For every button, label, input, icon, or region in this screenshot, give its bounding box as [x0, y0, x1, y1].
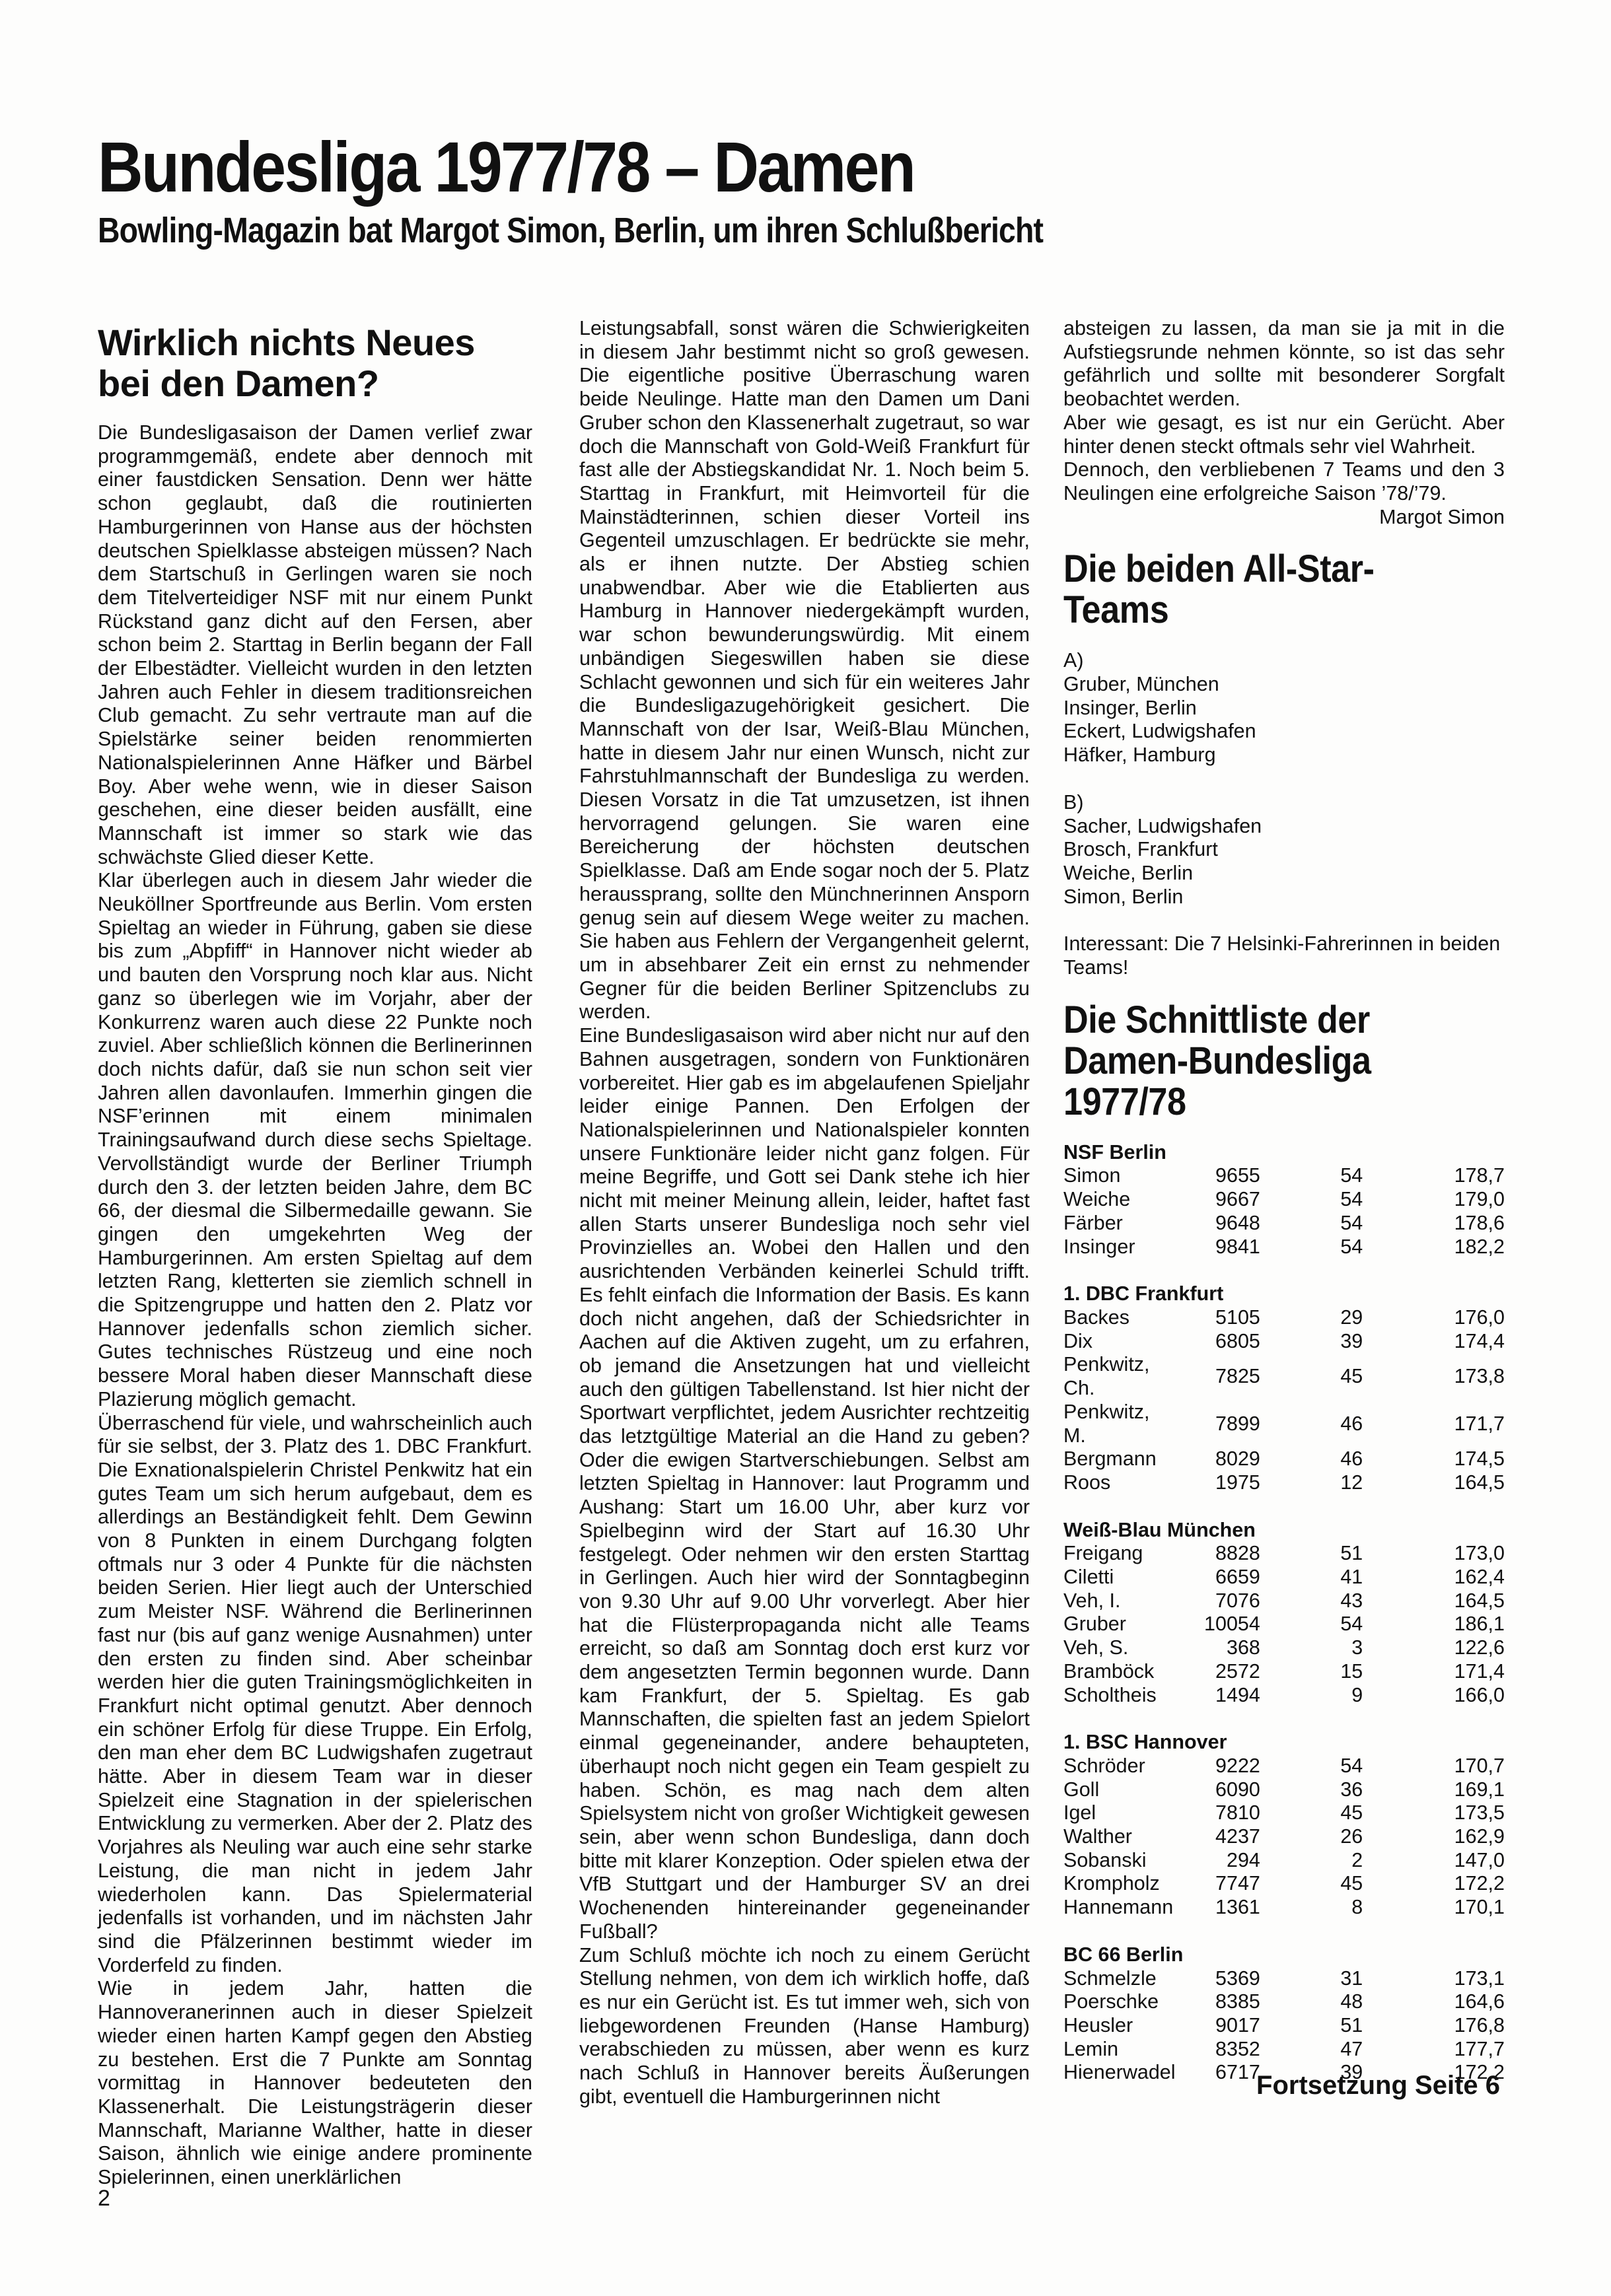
- player-name: Ciletti: [1063, 1566, 1176, 1589]
- player-name: Dix: [1063, 1330, 1176, 1354]
- player-name: Simon: [1063, 1164, 1176, 1188]
- player-row: Lemin835247177,7: [1063, 2038, 1505, 2062]
- allstar-teams: A) Gruber, München Insinger, Berlin Ecke…: [1063, 649, 1505, 979]
- player-pins: 7810: [1176, 1801, 1260, 1825]
- player-pins: 8029: [1176, 1447, 1260, 1471]
- article-paragraph: Eine Bundesligasaison wird aber nicht nu…: [579, 1024, 1030, 1943]
- player-pins: 9017: [1176, 2014, 1260, 2038]
- team-a-label: A): [1063, 649, 1505, 673]
- allstar-heading: Die beiden All-Star-Teams: [1063, 549, 1460, 631]
- player-games: 54: [1260, 1235, 1363, 1259]
- player-row: Freigang882851173,0: [1063, 1542, 1505, 1566]
- player-pins: 6805: [1176, 1330, 1260, 1354]
- club-header-row: BC 66 Berlin: [1063, 1943, 1505, 1967]
- player-name: Schmelzle: [1063, 1967, 1176, 1991]
- player-row: Insinger984154182,2: [1063, 1235, 1505, 1259]
- player-average: 178,7: [1363, 1164, 1505, 1188]
- player-games: 54: [1260, 1188, 1363, 1212]
- team-a-member: Insinger, Berlin: [1063, 697, 1505, 720]
- player-average: 164,5: [1363, 1471, 1505, 1495]
- player-pins: 6717: [1176, 2061, 1260, 2085]
- player-name: Poerschke: [1063, 1990, 1176, 2014]
- player-pins: 1975: [1176, 1471, 1260, 1495]
- player-average: 179,0: [1363, 1188, 1505, 1212]
- article-paragraph: Zum Schluß möchte ich noch zu einem Gerü…: [579, 1944, 1030, 2109]
- player-pins: 9655: [1176, 1164, 1260, 1188]
- player-pins: 8352: [1176, 2038, 1260, 2062]
- player-row: Bergmann802946174,5: [1063, 1447, 1505, 1471]
- player-pins: 5369: [1176, 1967, 1260, 1991]
- club-header-row: Weiß-Blau München: [1063, 1519, 1505, 1543]
- player-name: Gruber: [1063, 1613, 1176, 1636]
- team-b-member: Weiche, Berlin: [1063, 862, 1505, 886]
- player-name: Igel: [1063, 1801, 1176, 1825]
- player-pins: 9222: [1176, 1755, 1260, 1778]
- player-name: Heusler: [1063, 2014, 1176, 2038]
- magazine-page: Bundesliga 1977/78 – Damen Bowling-Magaz…: [0, 0, 1611, 2296]
- player-games: 54: [1260, 1613, 1363, 1636]
- player-average: 177,7: [1363, 2038, 1505, 2062]
- player-name: Färber: [1063, 1212, 1176, 1235]
- player-row: Gruber1005454186,1: [1063, 1613, 1505, 1636]
- page-number: 2: [98, 2186, 110, 2211]
- club-name: 1. DBC Frankfurt: [1063, 1282, 1505, 1306]
- player-average: 169,1: [1363, 1778, 1505, 1802]
- player-row: Igel781045173,5: [1063, 1801, 1505, 1825]
- player-games: 48: [1260, 1990, 1363, 2014]
- player-row: Krompholz774745172,2: [1063, 1872, 1505, 1896]
- player-games: 46: [1260, 1401, 1363, 1447]
- player-name: Roos: [1063, 1471, 1176, 1495]
- player-average: 186,1: [1363, 1613, 1505, 1636]
- player-average: 173,5: [1363, 1801, 1505, 1825]
- player-row: Poerschke838548164,6: [1063, 1990, 1505, 2014]
- article-paragraph: Leistungsabfall, sonst wären die Schwier…: [579, 317, 1030, 1024]
- club-name: BC 66 Berlin: [1063, 1943, 1505, 1967]
- player-name: Bergmann: [1063, 1447, 1176, 1471]
- player-name: Goll: [1063, 1778, 1176, 1802]
- player-pins: 7899: [1176, 1401, 1260, 1447]
- schnittliste-table: NSF BerlinSimon965554178,7Weiche96675417…: [1063, 1141, 1505, 2085]
- player-name: Walther: [1063, 1825, 1176, 1849]
- player-row: Weiche966754179,0: [1063, 1188, 1505, 1212]
- player-name: Hannemann: [1063, 1896, 1176, 1920]
- player-average: 173,8: [1363, 1353, 1505, 1400]
- player-games: 8: [1260, 1896, 1363, 1920]
- player-row: Simon965554178,7: [1063, 1164, 1505, 1188]
- player-games: 29: [1260, 1306, 1363, 1330]
- player-games: 26: [1260, 1825, 1363, 1849]
- player-pins: 294: [1176, 1849, 1260, 1873]
- player-name: Freigang: [1063, 1542, 1176, 1566]
- player-row: Walther423726162,9: [1063, 1825, 1505, 1849]
- player-pins: 6659: [1176, 1566, 1260, 1589]
- article-paragraph: Dennoch, den verbliebenen 7 Teams und de…: [1063, 458, 1505, 505]
- club-header-row: 1. BSC Hannover: [1063, 1731, 1505, 1755]
- player-games: 41: [1260, 1566, 1363, 1589]
- club-name: 1. BSC Hannover: [1063, 1731, 1505, 1755]
- player-name: Lemin: [1063, 2038, 1176, 2062]
- player-average: 162,9: [1363, 1825, 1505, 1849]
- player-average: 182,2: [1363, 1235, 1505, 1259]
- player-games: 31: [1260, 1967, 1363, 1991]
- player-row: Heusler901751176,8: [1063, 2014, 1505, 2038]
- player-games: 54: [1260, 1755, 1363, 1778]
- club-name: Weiß-Blau München: [1063, 1519, 1505, 1543]
- player-games: 2: [1260, 1849, 1363, 1873]
- player-games: 47: [1260, 2038, 1363, 2062]
- player-row: Bramböck257215171,4: [1063, 1660, 1505, 1684]
- player-name: Penkwitz, M.: [1063, 1401, 1176, 1447]
- page-subtitle: Bowling-Magazin bat Margot Simon, Berlin…: [98, 210, 1043, 251]
- player-name: Hienerwadel: [1063, 2061, 1176, 2085]
- player-pins: 5105: [1176, 1306, 1260, 1330]
- player-average: 164,5: [1363, 1589, 1505, 1613]
- player-row: Penkwitz, M.789946171,7: [1063, 1401, 1505, 1447]
- club-header-row: 1. DBC Frankfurt: [1063, 1282, 1505, 1306]
- player-name: Insinger: [1063, 1235, 1176, 1259]
- player-name: Penkwitz, Ch.: [1063, 1353, 1176, 1400]
- player-games: 9: [1260, 1684, 1363, 1708]
- player-average: 162,4: [1363, 1566, 1505, 1589]
- player-name: Scholtheis: [1063, 1684, 1176, 1708]
- player-pins: 8828: [1176, 1542, 1260, 1566]
- player-pins: 10054: [1176, 1613, 1260, 1636]
- player-pins: 4237: [1176, 1825, 1260, 1849]
- page-title: Bundesliga 1977/78 – Damen: [98, 125, 914, 208]
- article-paragraph: Aber wie gesagt, es ist nur ein Gerücht.…: [1063, 411, 1505, 458]
- player-average: 170,7: [1363, 1755, 1505, 1778]
- player-average: 174,5: [1363, 1447, 1505, 1471]
- player-pins: 7747: [1176, 1872, 1260, 1896]
- player-pins: 9648: [1176, 1212, 1260, 1235]
- article-column-2: Leistungsabfall, sonst wären die Schwier…: [579, 317, 1030, 2108]
- player-games: 54: [1260, 1212, 1363, 1235]
- schnittliste-heading: Die Schnittliste der Damen-Bundesliga 19…: [1063, 1000, 1460, 1123]
- player-pins: 1361: [1176, 1896, 1260, 1920]
- player-games: 36: [1260, 1778, 1363, 1802]
- player-name: Weiche: [1063, 1188, 1176, 1212]
- player-pins: 2572: [1176, 1660, 1260, 1684]
- article-paragraph: absteigen zu lassen, da man sie ja mit i…: [1063, 317, 1505, 411]
- player-name: Schröder: [1063, 1755, 1176, 1778]
- player-row: Veh, S.3683122,6: [1063, 1636, 1505, 1660]
- player-games: 39: [1260, 1330, 1363, 1354]
- player-games: 3: [1260, 1636, 1363, 1660]
- player-name: Backes: [1063, 1306, 1176, 1330]
- player-name: Veh, S.: [1063, 1636, 1176, 1660]
- player-games: 12: [1260, 1471, 1363, 1495]
- player-games: 51: [1260, 2014, 1363, 2038]
- player-row: Dix680539174,4: [1063, 1330, 1505, 1354]
- player-pins: 8385: [1176, 1990, 1260, 2014]
- player-average: 173,1: [1363, 1967, 1505, 1991]
- player-row: Hannemann13618170,1: [1063, 1896, 1505, 1920]
- player-row: Sobanski2942147,0: [1063, 1849, 1505, 1873]
- player-average: 122,6: [1363, 1636, 1505, 1660]
- player-games: 45: [1260, 1872, 1363, 1896]
- article-heading: Wirklich nichts Neues bei den Damen?: [98, 322, 532, 404]
- player-pins: 9841: [1176, 1235, 1260, 1259]
- player-name: Veh, I.: [1063, 1589, 1176, 1613]
- player-games: 15: [1260, 1660, 1363, 1684]
- team-b-member: Sacher, Ludwigshafen: [1063, 815, 1505, 839]
- player-row: Goll609036169,1: [1063, 1778, 1505, 1802]
- player-name: Sobanski: [1063, 1849, 1176, 1873]
- player-row: Schröder922254170,7: [1063, 1755, 1505, 1778]
- article-paragraph: Wie in jedem Jahr, hatten die Hannoveran…: [98, 1977, 532, 2189]
- author-signature: Margot Simon: [1063, 506, 1505, 530]
- player-games: 54: [1260, 1164, 1363, 1188]
- team-a-member: Häfker, Hamburg: [1063, 744, 1505, 767]
- player-average: 176,8: [1363, 2014, 1505, 2038]
- player-average: 172,2: [1363, 1872, 1505, 1896]
- player-row: Penkwitz, Ch.782545173,8: [1063, 1353, 1505, 1400]
- player-pins: 7076: [1176, 1589, 1260, 1613]
- player-average: 176,0: [1363, 1306, 1505, 1330]
- player-average: 164,6: [1363, 1990, 1505, 2014]
- player-games: 45: [1260, 1353, 1363, 1400]
- player-average: 166,0: [1363, 1684, 1505, 1708]
- club-header-row: NSF Berlin: [1063, 1141, 1505, 1165]
- player-row: Scholtheis14949166,0: [1063, 1684, 1505, 1708]
- team-a-member: Gruber, München: [1063, 673, 1505, 697]
- player-average: 170,1: [1363, 1896, 1505, 1920]
- player-row: Roos197512164,5: [1063, 1471, 1505, 1495]
- player-row: Backes510529176,0: [1063, 1306, 1505, 1330]
- player-average: 171,7: [1363, 1401, 1505, 1447]
- player-name: Krompholz: [1063, 1872, 1176, 1896]
- allstar-note: Interessant: Die 7 Helsinki-Fahrerinnen …: [1063, 932, 1505, 979]
- club-name: NSF Berlin: [1063, 1141, 1505, 1165]
- player-games: 46: [1260, 1447, 1363, 1471]
- player-row: Veh, I.707643164,5: [1063, 1589, 1505, 1613]
- player-row: Ciletti665941162,4: [1063, 1566, 1505, 1589]
- article-column-3: absteigen zu lassen, da man sie ja mit i…: [1063, 317, 1505, 2085]
- player-average: 173,0: [1363, 1542, 1505, 1566]
- article-column-1: Wirklich nichts Neues bei den Damen? Die…: [98, 317, 532, 2190]
- player-pins: 368: [1176, 1636, 1260, 1660]
- player-games: 51: [1260, 1542, 1363, 1566]
- player-pins: 7825: [1176, 1353, 1260, 1400]
- team-b-member: Simon, Berlin: [1063, 886, 1505, 909]
- player-average: 178,6: [1363, 1212, 1505, 1235]
- player-games: 45: [1260, 1801, 1363, 1825]
- article-paragraph: Klar überlegen auch in diesem Jahr wiede…: [98, 869, 532, 1411]
- team-a-member: Eckert, Ludwigshafen: [1063, 720, 1505, 744]
- player-name: Bramböck: [1063, 1660, 1176, 1684]
- player-pins: 6090: [1176, 1778, 1260, 1802]
- player-pins: 1494: [1176, 1684, 1260, 1708]
- player-average: 171,4: [1363, 1660, 1505, 1684]
- article-paragraph: Überraschend für viele, und wahrscheinli…: [98, 1412, 532, 1978]
- player-row: Schmelzle536931173,1: [1063, 1967, 1505, 1991]
- player-pins: 9667: [1176, 1188, 1260, 1212]
- team-b-label: B): [1063, 791, 1505, 815]
- article-paragraph: Die Bundesligasaison der Damen verlief z…: [98, 421, 532, 869]
- team-b-member: Brosch, Frankfurt: [1063, 838, 1505, 862]
- player-average: 147,0: [1363, 1849, 1505, 1873]
- player-row: Färber964854178,6: [1063, 1212, 1505, 1235]
- continuation-note: Fortsetzung Seite 6: [1256, 2071, 1500, 2101]
- player-average: 174,4: [1363, 1330, 1505, 1354]
- player-games: 43: [1260, 1589, 1363, 1613]
